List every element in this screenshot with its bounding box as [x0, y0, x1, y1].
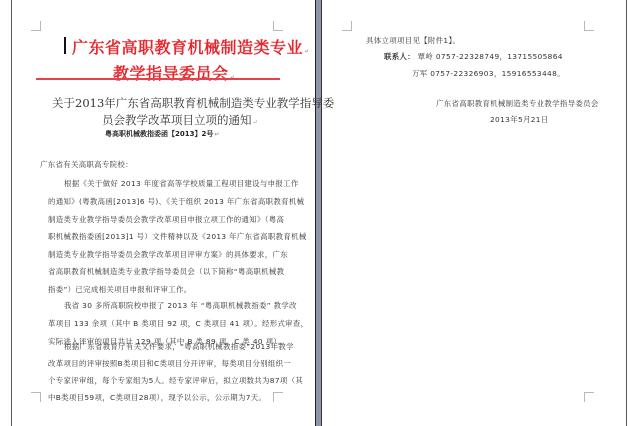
paragraph2-line: 我省 30 多所高职院校申报了 2013 年 “粤高职机械教指委” 教学改: [64, 300, 297, 311]
paragraph1-line: 制造类专业教学指导委员会教学改革项目评审方案》的具体要求，广东: [48, 249, 288, 260]
contact-name: 覃岭: [418, 52, 433, 61]
paragraph3-line: 根据广东省教育厅有关文件要求，“粤高职机械教指委”2013年教学: [64, 341, 294, 352]
paragraph1-line: 根据《关于做好 2013 年度省高等学校质量工程项目建设与申报工作: [64, 178, 299, 189]
paragraph-mark-icon: ↵: [214, 131, 219, 138]
signature-date: 2013年5月21日: [490, 114, 549, 125]
page-separator: [315, 0, 322, 426]
header-title-text: 广东省高职教育机械制造类专业: [72, 38, 303, 57]
crop-mark-top-left: [31, 21, 41, 31]
header-title-line1: 广东省高职教育机械制造类专业↵: [72, 35, 310, 58]
paragraph2-line: 革项目 133 余项（其中 B 类项目 92 项，C 类项目 41 项）。经形式…: [48, 318, 308, 329]
header-title-line2: 教学指导委员会↵: [113, 61, 235, 84]
contact-row: 联系人： 覃岭 0757-22328749，13715505864: [384, 51, 563, 62]
paragraph-mark-icon: ↵: [253, 119, 258, 126]
crop-mark-bottom-right: [273, 392, 283, 402]
crop-mark-top-right: [584, 21, 594, 31]
paragraph3-line: 个专家评审组，每个专家组为5人。经专家评审后，拟立项数共为87项（其: [48, 375, 303, 386]
paragraph-mark-icon: ↵: [304, 48, 310, 55]
document-number: 粤高职机械教指委函【2013】2号↵: [105, 129, 219, 139]
salutation: 广东省有关高职高专院校：: [40, 159, 133, 170]
contact-label: 联系人：: [384, 52, 415, 61]
crop-mark-top-right: [273, 21, 283, 31]
paragraph3-line: 改革项目的评审按照B类项目和C类项目分开评审，每类项目分别组织一: [48, 358, 291, 369]
contact-phones: 0757-22328749，13715505864: [436, 52, 563, 61]
text-cursor: [64, 37, 66, 54]
crop-mark-top-left: [342, 21, 352, 31]
header-red-rule: [36, 78, 280, 80]
contact-name: 万军: [412, 69, 427, 78]
crop-mark-bottom-left: [31, 392, 41, 402]
header-title-text: 教学指导委员会: [113, 64, 229, 83]
signature-organization: 广东省高职教育机械制造类专业教学指导委员会: [436, 98, 599, 109]
attachment-note: 具体立项项目见【附件1】。: [366, 35, 460, 46]
document-page-2: [322, 0, 627, 426]
notice-title-text: 员会教学改革项目立项的通知: [102, 113, 252, 127]
paragraph3-line: 中B类项目59项，C类项目28项），现予以公示，公示期为7天。: [48, 392, 266, 403]
paragraph1-line: 职机械教指委函[2013]1 号）文件精神以及《2013 年广东省高职教育机械: [48, 231, 307, 242]
notice-title-line2: 员会教学改革项目立项的通知↵: [102, 112, 258, 128]
paragraph1-line: 指委”）已完成相关项目申报和评审工作。: [48, 284, 192, 295]
notice-title-line1: 关于2013年广东省高职教育机械制造类专业教学指导委: [52, 95, 334, 111]
paragraph1-line: 省高职教育机械制造类专业教学指导委员会（以下简称“粤高职机械教: [48, 266, 284, 277]
contact-row: 万军 0757-22326903，15916553448。: [412, 68, 565, 79]
contact-phones: 0757-22326903，15916553448。: [430, 69, 565, 78]
paragraph1-line: 的通知》(粤教高函[2013]6 号)、《关于组织 2013 年广东省高职教育机…: [48, 196, 304, 207]
crop-mark-bottom-right: [584, 392, 594, 402]
paragraph1-line: 制造类专业教学指导委员会教学改革项目申报立项工作的通知》（粤高: [48, 214, 284, 225]
document-number-text: 粤高职机械教指委函【2013】2号: [105, 130, 213, 138]
